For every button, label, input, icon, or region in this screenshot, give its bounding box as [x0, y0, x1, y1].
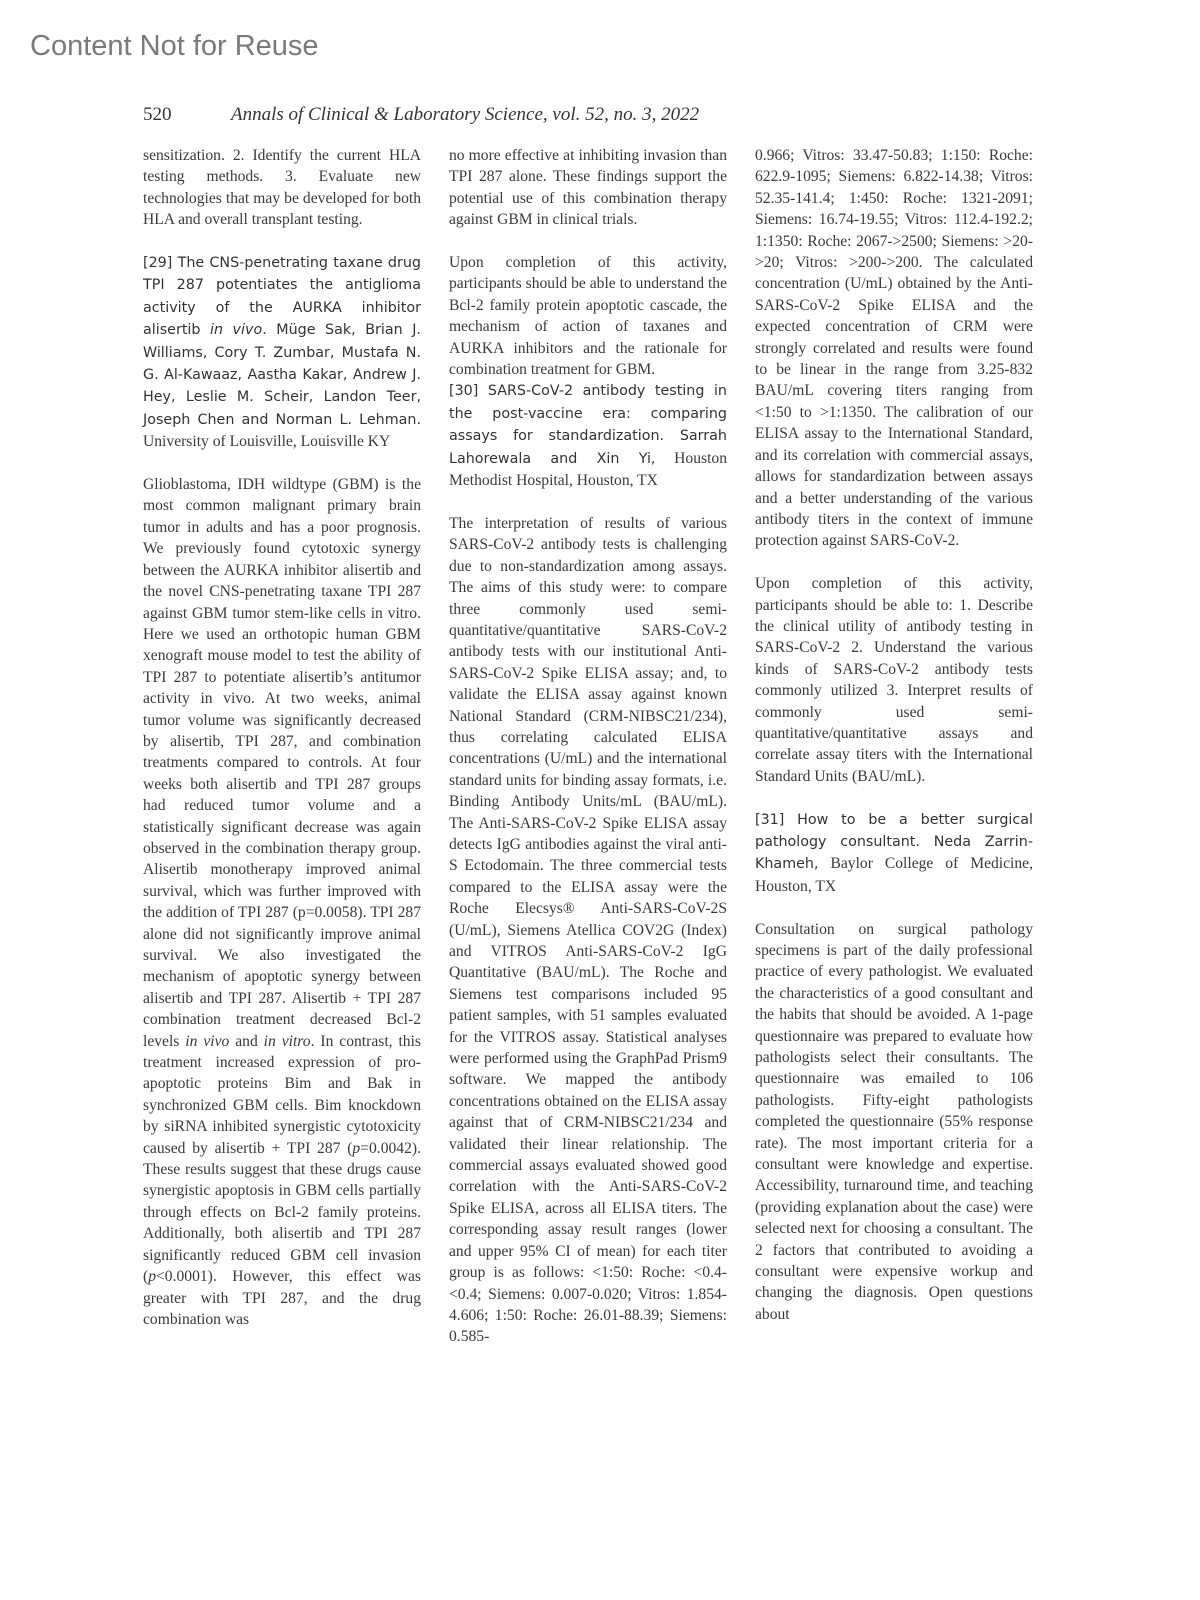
journal-citation: Annals of Clinical & Laboratory Science,… [231, 104, 699, 126]
abstract-29-objectives: Upon completion of this activity, partic… [449, 252, 727, 380]
watermark: Content Not for Reuse [30, 30, 319, 63]
previous-abstract-tail: sensitization. 2. Identify the current H… [143, 145, 421, 231]
abstract-29-title: [29] The CNS-penetrating taxane drug TPI… [143, 255, 421, 428]
abstract-30-heading: [30] SARS-CoV-2 antibody testing in the … [449, 380, 727, 491]
column-3: 0.966; Vitros: 33.47-50.83; 1:150: Roche… [755, 145, 1033, 1325]
abstract-30-body: The interpretation of results of various… [449, 513, 727, 1348]
abstract-30-body-continued: 0.966; Vitros: 33.47-50.83; 1:150: Roche… [755, 145, 1033, 552]
abstract-31-body: Consultation on surgical pathology speci… [755, 919, 1033, 1326]
column-2: no more effective at inhibiting invasion… [449, 145, 727, 1348]
page-number: 520 [143, 104, 231, 126]
abstract-29-affiliation: University of Louisville, Louisville KY [143, 433, 390, 450]
abstract-31-heading: [31] How to be a better surgical patholo… [755, 809, 1033, 898]
abstract-29-body: Glioblastoma, IDH wildtype (GBM) is the … [143, 474, 421, 1330]
column-1: sensitization. 2. Identify the current H… [143, 145, 421, 1330]
abstract-30-objectives: Upon completion of this activity, partic… [755, 573, 1033, 787]
abstract-29-heading: [29] The CNS-penetrating taxane drug TPI… [143, 252, 421, 453]
abstract-29-body-continued: no more effective at inhibiting invasion… [449, 145, 727, 231]
running-header: 520 Annals of Clinical & Laboratory Scie… [143, 104, 699, 126]
